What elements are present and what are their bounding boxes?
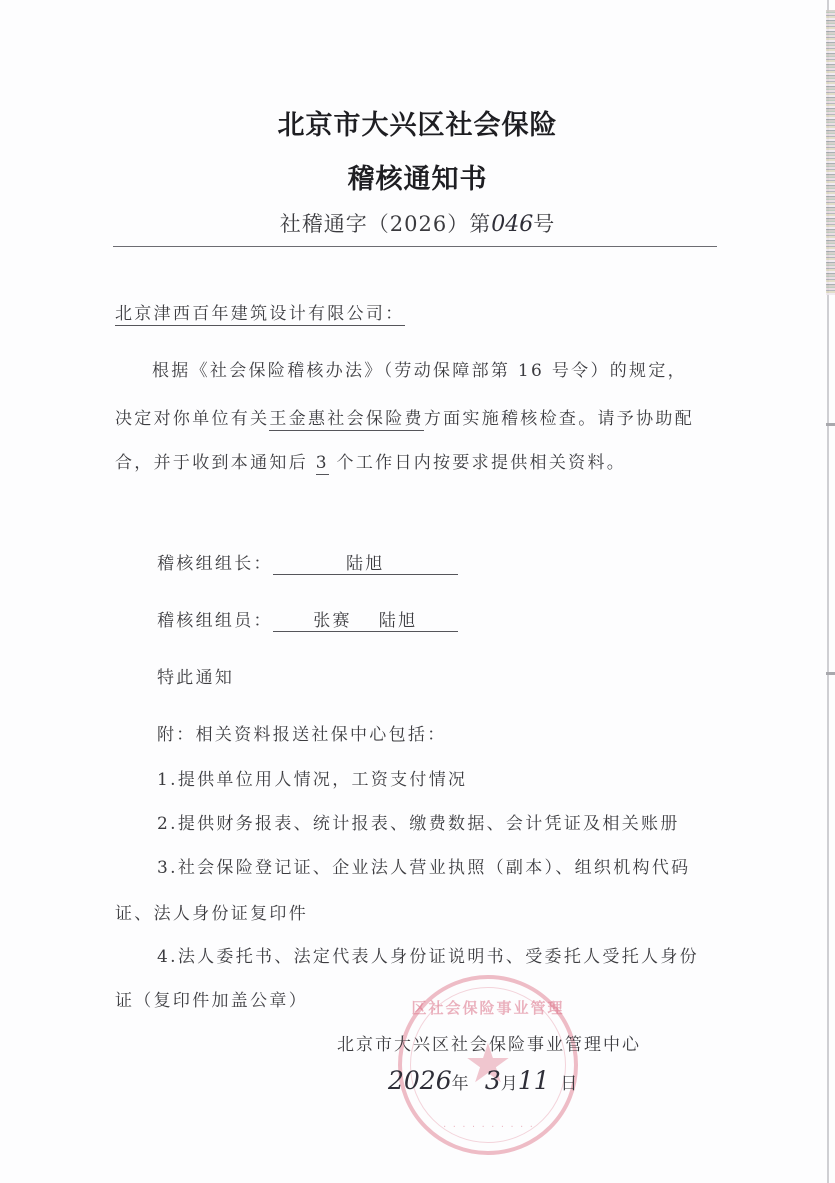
body-paragraph-line2: 决定对你单位有关王金惠社会保险费方面实施稽核检查。请予协助配 — [115, 408, 694, 430]
closing-phrase: 特此通知 — [157, 667, 234, 689]
header-divider — [113, 246, 717, 247]
issue-date: 2026年 3月11 日 — [388, 1066, 577, 1095]
date-year-label: 年 — [452, 1074, 469, 1094]
document-number-suffix: 号 — [533, 212, 555, 236]
team-leader-label: 稽核组组长： — [157, 554, 273, 574]
document-number: 社稽通字（2026）第046号 — [0, 208, 835, 238]
date-day-label: 日 — [560, 1074, 577, 1094]
body-paragraph-line3: 合，并于收到本通知后 3 个工作日内按要求提供相关资料。 — [115, 452, 626, 474]
team-leader-row: 稽核组组长：陆旭 — [157, 553, 458, 575]
notice-document: 北京市大兴区社会保险 稽核通知书 社稽通字（2026）第046号 北京津西百年建… — [0, 0, 835, 1183]
body-text: 个工作日内按要求提供相关资料。 — [329, 453, 626, 473]
issuing-organization: 北京市大兴区社会保险事业管理中心 — [337, 1030, 641, 1055]
team-members-row: 稽核组组员：张赛 陆旭 — [157, 610, 458, 632]
attachment-item-3: 3.社会保险登记证、企业法人营业执照（副本）、组织机构代码 — [157, 857, 690, 879]
body-text: 方面实施稽核检查。请予协助配 — [424, 409, 694, 429]
attachment-item-4-cont: 证（复印件加盖公章） — [115, 990, 308, 1012]
attachment-item-2: 2.提供财务报表、统计报表、缴费数据、会计凭证及相关账册 — [157, 813, 680, 835]
scan-artifact-tick — [826, 672, 835, 675]
document-title-line2: 稽核通知书 — [0, 157, 835, 196]
date-month-label: 月 — [501, 1074, 518, 1094]
team-leader-value: 陆旭 — [273, 554, 458, 575]
body-paragraph-line1: 根据《社会保险稽核办法》（劳动保障部第 16 号令）的规定， — [152, 360, 687, 382]
addressee: 北京津西百年建筑设计有限公司： — [115, 303, 405, 325]
team-members-label: 稽核组组员： — [157, 611, 273, 631]
deadline-days: 3 — [316, 453, 329, 475]
attachment-item-4: 4.法人委托书、法定代表人身份证说明书、受委托人受托人身份 — [157, 946, 699, 968]
body-text: 合，并于收到本通知后 — [115, 453, 316, 473]
scan-artifact-tick — [826, 423, 835, 426]
body-text: 决定对你单位有关 — [115, 409, 269, 429]
date-year: 2026 — [388, 1066, 452, 1095]
addressee-company: 北京津西百年建筑设计有限公司： — [115, 304, 405, 326]
team-members-value: 张赛 陆旭 — [273, 611, 458, 632]
audit-subject: 王金惠社会保险费 — [269, 409, 423, 431]
document-title-line1: 北京市大兴区社会保险 — [0, 103, 835, 142]
document-number-prefix: 社稽通字（2026）第 — [280, 212, 491, 236]
document-number-handwritten: 046 — [491, 212, 533, 237]
date-day: 11 — [518, 1066, 550, 1095]
date-month: 3 — [485, 1066, 501, 1095]
seal-code: · · · · · · · · · · — [402, 1122, 574, 1131]
scan-artifact-streaks — [826, 10, 835, 295]
official-seal: 区社会保险事业管理 ★ · · · · · · · · · · — [398, 975, 578, 1155]
attachment-item-1: 1.提供单位用人情况，工资支付情况 — [157, 769, 467, 791]
attachment-item-3-cont: 证、法人身份证复印件 — [115, 903, 308, 925]
attachment-heading: 附：相关资料报送社保中心包括： — [157, 724, 447, 746]
seal-text: 区社会保险事业管理 — [402, 997, 574, 1018]
